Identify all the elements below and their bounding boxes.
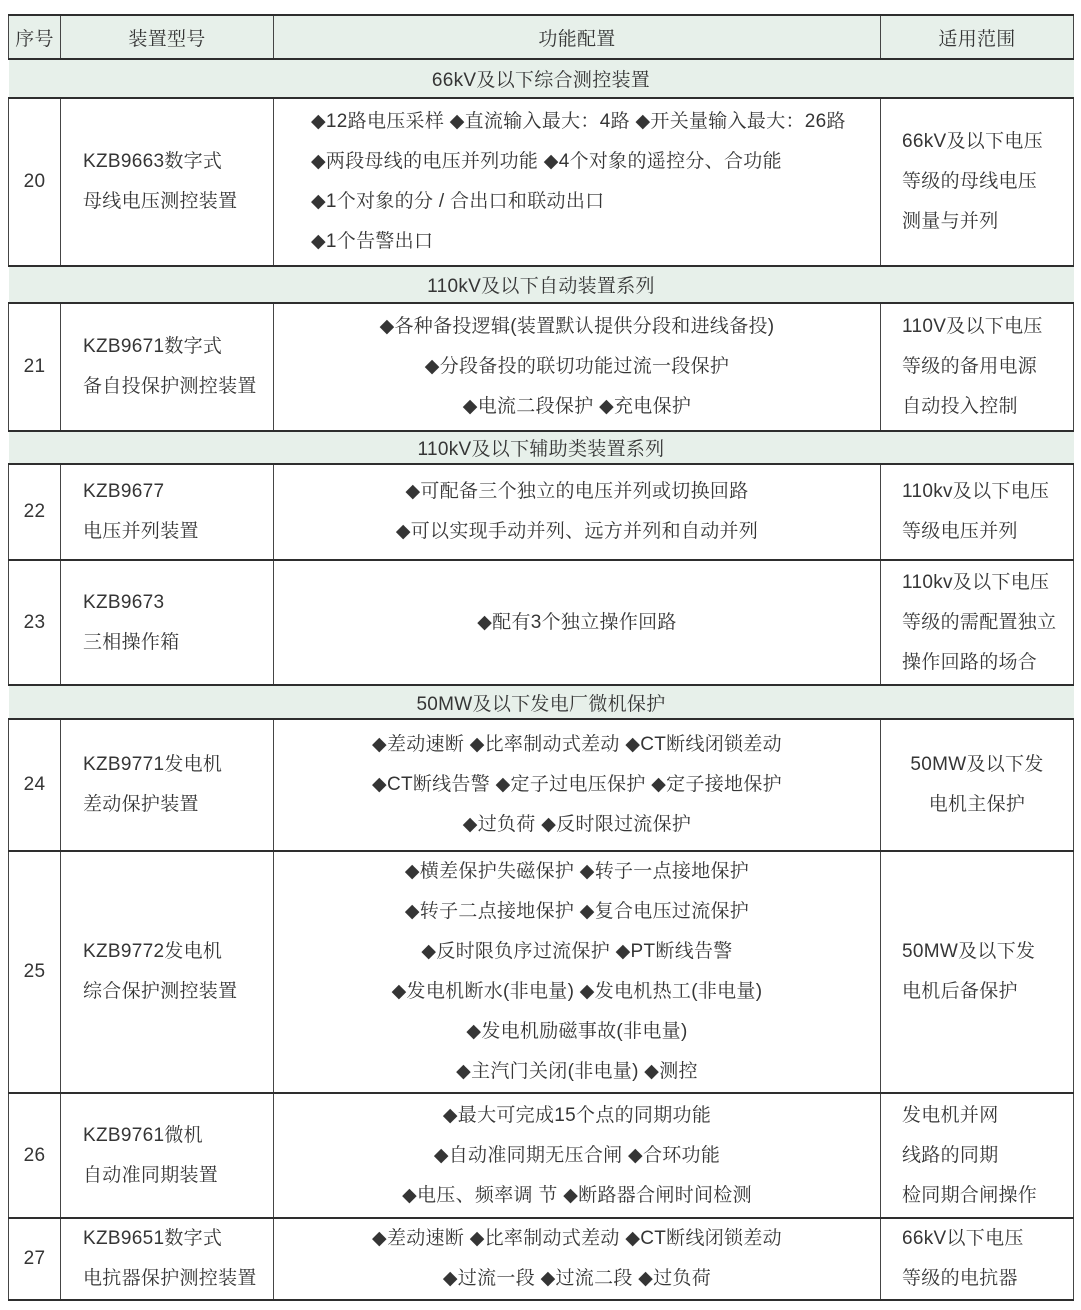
feature-line: ◆1个告警出口 [311, 222, 880, 262]
features-cell: ◆最大可完成15个点的同期功能 ◆自动准同期无压合闸 ◆合环功能 ◆电压、频率调… [274, 1093, 881, 1218]
model-line: 综合保护测控装置 [83, 972, 273, 1012]
col-header-serial: 序号 [9, 15, 61, 59]
col-header-model: 装置型号 [61, 15, 274, 59]
row-number: 27 [9, 1218, 61, 1300]
table-row-25: 25 KZB9772发电机 综合保护测控装置 ◆横差保护失磁保护 ◆转子一点接地… [9, 851, 1074, 1093]
table-header-row: 序号 装置型号 功能配置 适用范围 [9, 15, 1074, 59]
table-row-24: 24 KZB9771发电机 差动保护装置 ◆差动速断 ◆比率制动式差动 ◆CT断… [9, 719, 1074, 851]
feature-line: ◆电压、频率调 节 ◆断路器合闸时间检测 [274, 1176, 880, 1216]
feature-line: ◆发电机励磁事故(非电量) [274, 1012, 880, 1052]
model-line: 备自投保护测控装置 [83, 367, 273, 407]
scope-line: 线路的同期 [902, 1136, 1073, 1176]
scope-line: 110kv及以下电压 [902, 472, 1073, 512]
scope-cell: 110kv及以下电压 等级的需配置独立 操作回路的场合 [881, 560, 1074, 685]
col-header-scope: 适用范围 [881, 15, 1074, 59]
table-row-27: 27 KZB9651数字式 电抗器保护测控装置 ◆差动速断 ◆比率制动式差动 ◆… [9, 1218, 1074, 1300]
model-line: 母线电压测控装置 [83, 182, 273, 222]
model-line: 三相操作箱 [83, 623, 273, 663]
feature-line: ◆转子二点接地保护 ◆复合电压过流保护 [274, 892, 880, 932]
row-number: 26 [9, 1093, 61, 1218]
scope-cell: 66kV及以下电压 等级的母线电压 测量与并列 [881, 98, 1074, 266]
model-line: 电抗器保护测控装置 [83, 1259, 273, 1299]
scope-cell: 50MW及以下发 电机主保护 [881, 719, 1074, 851]
feature-line: ◆电流二段保护 ◆充电保护 [274, 387, 880, 427]
device-model-cell: KZB9771发电机 差动保护装置 [61, 719, 274, 851]
model-line: KZB9772发电机 [83, 932, 273, 972]
row-number: 21 [9, 303, 61, 431]
scope-cell: 66kV以下电压 等级的电抗器 [881, 1218, 1074, 1300]
scope-line: 等级的备用电源 [902, 347, 1073, 387]
scope-line: 50MW及以下发 [881, 745, 1073, 785]
feature-line: ◆12路电压采样 ◆直流输入最大：4路 ◆开关量输入最大：26路 [311, 102, 880, 142]
device-spec-table: 序号 装置型号 功能配置 适用范围 66kV及以下综合测控装置 20 KZB96… [8, 14, 1074, 1301]
table-row-26: 26 KZB9761微机 自动准同期装置 ◆最大可完成15个点的同期功能 ◆自动… [9, 1093, 1074, 1218]
row-number: 24 [9, 719, 61, 851]
model-line: KZB9671数字式 [83, 327, 273, 367]
scope-cell: 50MW及以下发 电机后备保护 [881, 851, 1074, 1093]
scope-line: 66kV及以下电压 [902, 122, 1073, 162]
scope-line: 检同期合闸操作 [902, 1176, 1073, 1216]
row-number: 25 [9, 851, 61, 1093]
feature-line: ◆两段母线的电压并列功能 ◆4个对象的遥控分、合功能 [311, 142, 880, 182]
scope-line: 电机主保护 [881, 785, 1073, 825]
table-row-23: 23 KZB9673 三相操作箱 ◆配有3个独立操作回路 110kv及以下电压 … [9, 560, 1074, 685]
table-row-22: 22 KZB9677 电压并列装置 ◆可配备三个独立的电压并列或切换回路 ◆可以… [9, 464, 1074, 560]
features-cell: ◆各种备投逻辑(装置默认提供分段和进线备投) ◆分段备投的联切功能过流一段保护 … [274, 303, 881, 431]
scope-cell: 发电机并网 线路的同期 检同期合闸操作 [881, 1093, 1074, 1218]
table-row-21: 21 KZB9671数字式 备自投保护测控装置 ◆各种备投逻辑(装置默认提供分段… [9, 303, 1074, 431]
scope-line: 50MW及以下发 [902, 932, 1073, 972]
feature-line: ◆可配备三个独立的电压并列或切换回路 [274, 472, 880, 512]
features-cell: ◆可配备三个独立的电压并列或切换回路 ◆可以实现手动并列、远方并列和自动并列 [274, 464, 881, 560]
scope-line: 等级电压并列 [902, 512, 1073, 552]
device-model-cell: KZB9651数字式 电抗器保护测控装置 [61, 1218, 274, 1300]
feature-line: ◆配有3个独立操作回路 [274, 603, 880, 643]
model-line: KZB9677 [83, 472, 273, 512]
row-number: 22 [9, 464, 61, 560]
scope-line: 110kv及以下电压 [902, 563, 1073, 603]
model-line: 差动保护装置 [83, 785, 273, 825]
features-cell: ◆12路电压采样 ◆直流输入最大：4路 ◆开关量输入最大：26路 ◆两段母线的电… [274, 98, 881, 266]
scope-line: 等级的需配置独立 [902, 603, 1073, 643]
feature-line: ◆过流一段 ◆过流二段 ◆过负荷 [274, 1259, 880, 1299]
feature-line: ◆过负荷 ◆反时限过流保护 [274, 805, 880, 845]
scope-line: 66kV以下电压 [902, 1219, 1073, 1259]
section-row-110kv-auxiliary: 110kV及以下辅助类装置系列 [9, 431, 1074, 464]
scope-cell: 110V及以下电压 等级的备用电源 自动投入控制 [881, 303, 1074, 431]
model-line: 自动准同期装置 [83, 1156, 273, 1196]
feature-line: ◆CT断线告警 ◆定子过电压保护 ◆定子接地保护 [274, 765, 880, 805]
scope-line: 操作回路的场合 [902, 643, 1073, 683]
device-model-cell: KZB9671数字式 备自投保护测控装置 [61, 303, 274, 431]
row-number: 20 [9, 98, 61, 266]
scope-line: 等级的母线电压 [902, 162, 1073, 202]
feature-line: ◆各种备投逻辑(装置默认提供分段和进线备投) [274, 307, 880, 347]
col-header-features: 功能配置 [274, 15, 881, 59]
model-line: KZB9651数字式 [83, 1219, 273, 1259]
catalog-page: 序号 装置型号 功能配置 适用范围 66kV及以下综合测控装置 20 KZB96… [0, 0, 1081, 1310]
scope-line: 等级的电抗器 [902, 1259, 1073, 1299]
feature-line: ◆自动准同期无压合闸 ◆合环功能 [274, 1136, 880, 1176]
feature-line: ◆差动速断 ◆比率制动式差动 ◆CT断线闭锁差动 [274, 1219, 880, 1259]
device-model-cell: KZB9761微机 自动准同期装置 [61, 1093, 274, 1218]
feature-line: ◆反时限负序过流保护 ◆PT断线告警 [274, 932, 880, 972]
feature-line: ◆1个对象的分 / 合出口和联动出口 [311, 182, 880, 222]
features-cell: ◆配有3个独立操作回路 [274, 560, 881, 685]
section-title: 110kV及以下辅助类装置系列 [9, 431, 1074, 464]
model-line: KZB9771发电机 [83, 745, 273, 785]
feature-line: ◆差动速断 ◆比率制动式差动 ◆CT断线闭锁差动 [274, 725, 880, 765]
features-cell: ◆横差保护失磁保护 ◆转子一点接地保护 ◆转子二点接地保护 ◆复合电压过流保护 … [274, 851, 881, 1093]
feature-line: ◆可以实现手动并列、远方并列和自动并列 [274, 512, 880, 552]
section-row-110kv-automatic: 110kV及以下自动装置系列 [9, 266, 1074, 303]
features-cell: ◆差动速断 ◆比率制动式差动 ◆CT断线闭锁差动 ◆CT断线告警 ◆定子过电压保… [274, 719, 881, 851]
scope-line: 110V及以下电压 [902, 307, 1073, 347]
device-model-cell: KZB9663数字式 母线电压测控装置 [61, 98, 274, 266]
model-line: KZB9761微机 [83, 1116, 273, 1156]
feature-line: ◆横差保护失磁保护 ◆转子一点接地保护 [274, 852, 880, 892]
device-model-cell: KZB9772发电机 综合保护测控装置 [61, 851, 274, 1093]
feature-line: ◆发电机断水(非电量) ◆发电机热工(非电量) [274, 972, 880, 1012]
device-model-cell: KZB9673 三相操作箱 [61, 560, 274, 685]
scope-cell: 110kv及以下电压 等级电压并列 [881, 464, 1074, 560]
section-title: 66kV及以下综合测控装置 [9, 59, 1074, 98]
section-row-50mw-generator-protection: 50MW及以下发电厂微机保护 [9, 685, 1074, 719]
model-line: 电压并列装置 [83, 512, 273, 552]
features-cell: ◆差动速断 ◆比率制动式差动 ◆CT断线闭锁差动 ◆过流一段 ◆过流二段 ◆过负… [274, 1218, 881, 1300]
section-title: 50MW及以下发电厂微机保护 [9, 685, 1074, 719]
scope-line: 电机后备保护 [902, 972, 1073, 1012]
row-number: 23 [9, 560, 61, 685]
scope-line: 发电机并网 [902, 1096, 1073, 1136]
section-row-66kv-measure-control: 66kV及以下综合测控装置 [9, 59, 1074, 98]
feature-line: ◆主汽门关闭(非电量) ◆测控 [274, 1052, 880, 1092]
model-line: KZB9663数字式 [83, 142, 273, 182]
scope-line: 测量与并列 [902, 202, 1073, 242]
scope-line: 自动投入控制 [902, 387, 1073, 427]
model-line: KZB9673 [83, 583, 273, 623]
section-title: 110kV及以下自动装置系列 [9, 266, 1074, 303]
feature-line: ◆分段备投的联切功能过流一段保护 [274, 347, 880, 387]
device-model-cell: KZB9677 电压并列装置 [61, 464, 274, 560]
feature-line: ◆最大可完成15个点的同期功能 [274, 1096, 880, 1136]
table-row-20: 20 KZB9663数字式 母线电压测控装置 ◆12路电压采样 ◆直流输入最大：… [9, 98, 1074, 266]
